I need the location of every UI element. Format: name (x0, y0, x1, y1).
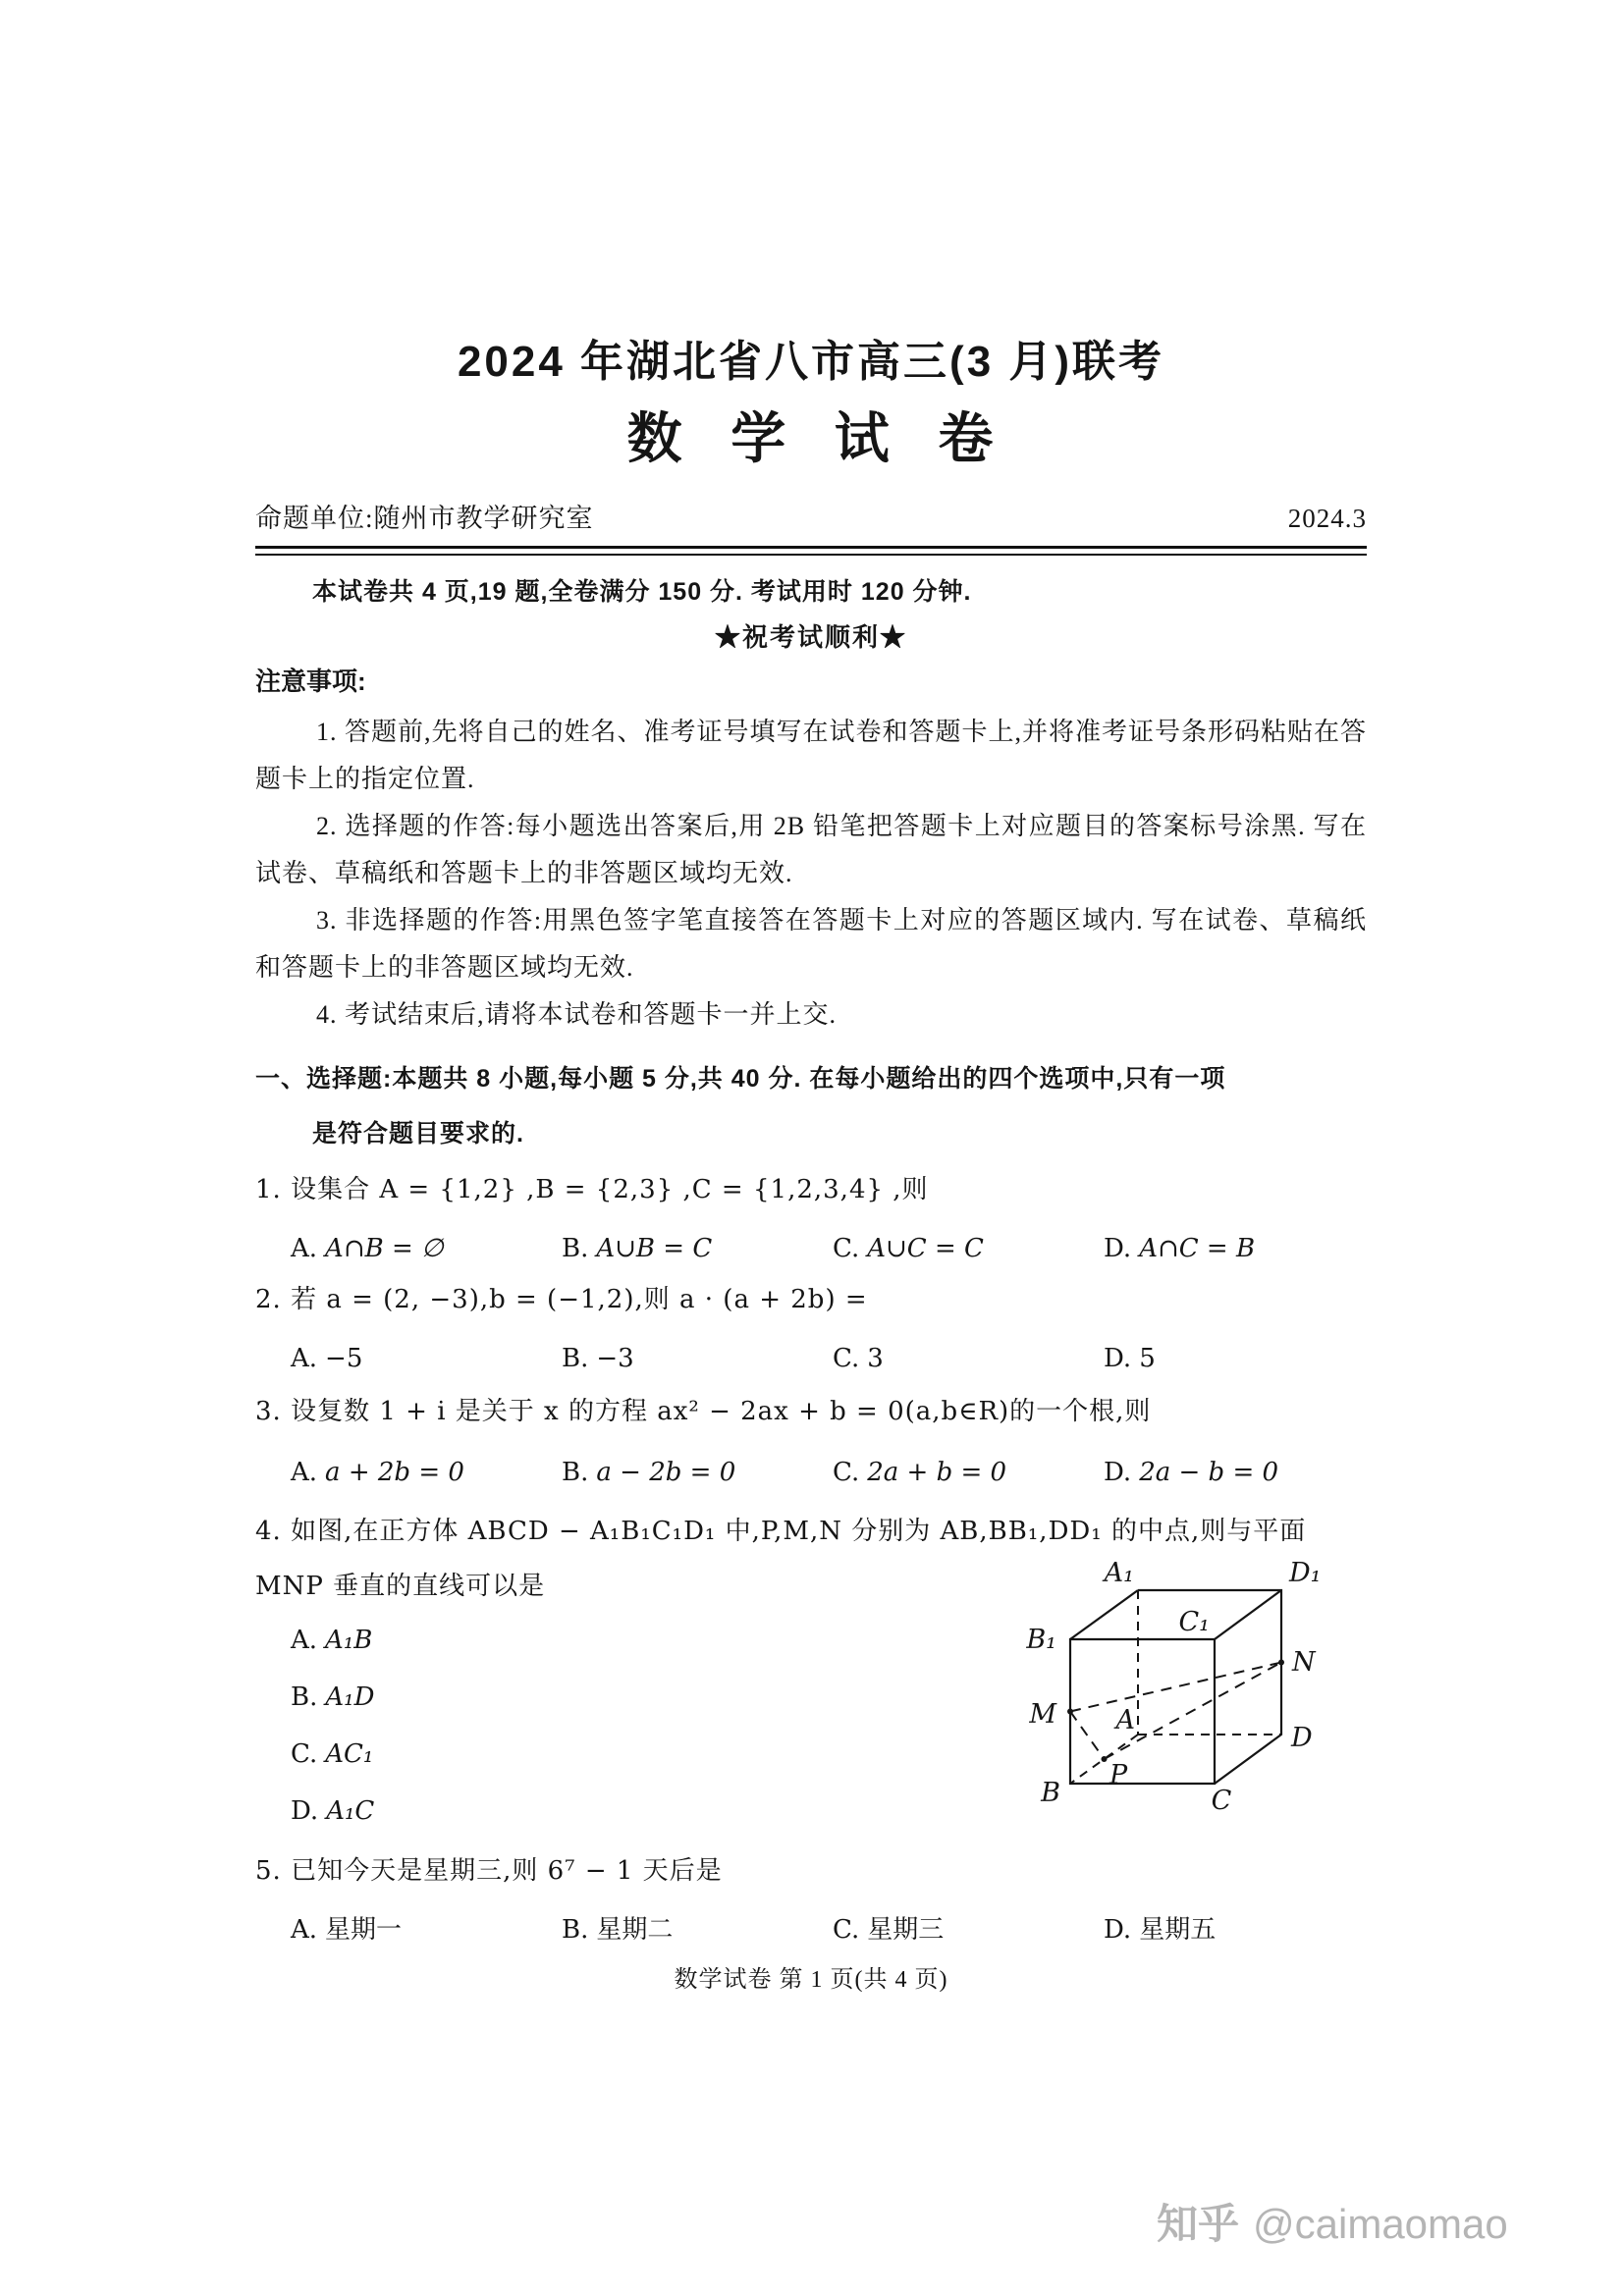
q5-option-D: D.星期五 (1104, 1914, 1402, 1947)
vertex-label-P: P (1109, 1760, 1128, 1790)
issuing-unit: 命题单位:随州市教学研究室 (255, 503, 594, 536)
section-1-heading: 一、选择题:本题共 8 小题,每小题 5 分,共 40 分. 在每小题给出的四个… (255, 1064, 1367, 1095)
vertex-label-A1: A₁ (1102, 1558, 1134, 1588)
question-3-stem: 3. 设复数 1 + i 是关于 x 的方程 ax² − 2ax + b = 0… (255, 1396, 1367, 1428)
cube-figure: A₁ D₁ B₁ C₁ N M A D B C P (1011, 1556, 1335, 1836)
vertex-label-N: N (1291, 1647, 1317, 1678)
watermark-handle: @caimaomao (1253, 2201, 1508, 2247)
vertex-label-A: A (1113, 1705, 1136, 1735)
notice-item-2: 2. 选择题的作答:每小题选出答案后,用 2B 铅笔把答题卡上对应题目的答案标号… (255, 803, 1367, 897)
q1-option-B: B.A∪B = C (562, 1233, 833, 1265)
q2-option-B: B.−3 (562, 1343, 833, 1375)
exam-date: 2024.3 (1288, 503, 1367, 536)
q1-option-A: A.A∩B = ∅ (291, 1233, 562, 1265)
q1-option-C: C.A∪C = C (833, 1233, 1104, 1265)
q3-option-D: D.2a − b = 0 (1104, 1457, 1402, 1489)
question-1-options: A.A∩B = ∅ B.A∪B = C C.A∪C = C D.A∩C = B (255, 1233, 1402, 1265)
exam-info-line: 本试卷共 4 页,19 题,全卷满分 150 分. 考试用时 120 分钟. (255, 577, 1424, 608)
exam-page: 2024 年湖北省八市高三(3 月)联考 数 学 试 卷 命题单位:随州市教学研… (0, 0, 1623, 2296)
notice-list: 1. 答题前,先将自己的姓名、准考证号填写在试卷和答题卡上,并将准考证号条形码粘… (255, 709, 1367, 1039)
midpoint-dots (1067, 1660, 1284, 1763)
q1-option-D: D.A∩C = B (1104, 1233, 1402, 1265)
question-5-options: A.星期一 B.星期二 C.星期三 D.星期五 (255, 1914, 1402, 1947)
meta-row: 命题单位:随州市教学研究室 2024.3 (255, 503, 1367, 536)
q3-option-A: A.a + 2b = 0 (291, 1457, 562, 1489)
q5-option-B: B.星期二 (562, 1914, 833, 1947)
vertex-label-B1: B₁ (1025, 1625, 1056, 1655)
vertex-label-C1: C₁ (1179, 1607, 1210, 1637)
exam-subject-title: 数 学 试 卷 (255, 404, 1367, 473)
question-5-stem: 5. 已知今天是星期三,则 6⁷ − 1 天后是 (255, 1855, 1367, 1888)
question-2-stem: 2. 若 a = (2, −3),b = (−1,2),则 a · (a + 2… (255, 1284, 1367, 1316)
q5-option-C: C.星期三 (833, 1914, 1104, 1947)
vertex-label-B: B (1040, 1778, 1060, 1808)
good-luck-line: ★祝考试顺利★ (255, 621, 1367, 654)
page-footer: 数学试卷 第 1 页(共 4 页) (255, 1965, 1367, 1995)
question-4-stem-line1: 4. 如图,在正方体 ABCD − A₁B₁C₁D₁ 中,P,M,N 分别为 A… (255, 1516, 1367, 1548)
cube-hidden-edges (1070, 1590, 1281, 1784)
watermark-zhihu-logo: 知乎 (1157, 2201, 1239, 2247)
cube-solid-edges (1070, 1590, 1281, 1784)
notice-item-1: 1. 答题前,先将自己的姓名、准考证号填写在试卷和答题卡上,并将准考证号条形码粘… (255, 709, 1367, 803)
q2-option-A: A.−5 (291, 1343, 562, 1375)
question-3-options: A.a + 2b = 0 B.a − 2b = 0 C.2a + b = 0 D… (255, 1457, 1402, 1489)
plane-mnp-lines (1070, 1663, 1281, 1760)
vertex-label-D: D (1290, 1723, 1313, 1753)
notice-title: 注意事项: (255, 666, 1367, 698)
question-2-options: A.−5 B.−3 C.3 D.5 (255, 1343, 1402, 1375)
watermark: 知乎@caimaomao (1157, 2199, 1508, 2251)
section-1-heading-cont: 是符合题目要求的. (255, 1119, 1424, 1149)
q3-option-C: C.2a + b = 0 (833, 1457, 1104, 1489)
exam-title: 2024 年湖北省八市高三(3 月)联考 (255, 335, 1367, 389)
notice-item-3: 3. 非选择题的作答:用黑色签字笔直接答在答题卡上对应的答题区域内. 写在试卷、… (255, 897, 1367, 991)
q2-option-C: C.3 (833, 1343, 1104, 1375)
q2-option-D: D.5 (1104, 1343, 1402, 1375)
vertex-label-C: C (1212, 1786, 1232, 1816)
double-rule-divider (255, 546, 1367, 556)
vertex-label-M: M (1028, 1699, 1057, 1730)
vertex-label-D1: D₁ (1288, 1558, 1321, 1588)
q5-option-A: A.星期一 (291, 1914, 562, 1947)
q3-option-B: B.a − 2b = 0 (562, 1457, 833, 1489)
question-1-stem: 1. 设集合 A = {1,2} ,B = {2,3} ,C = {1,2,3,… (255, 1174, 1367, 1206)
notice-item-4: 4. 考试结束后,请将本试卷和答题卡一并上交. (255, 991, 1367, 1039)
